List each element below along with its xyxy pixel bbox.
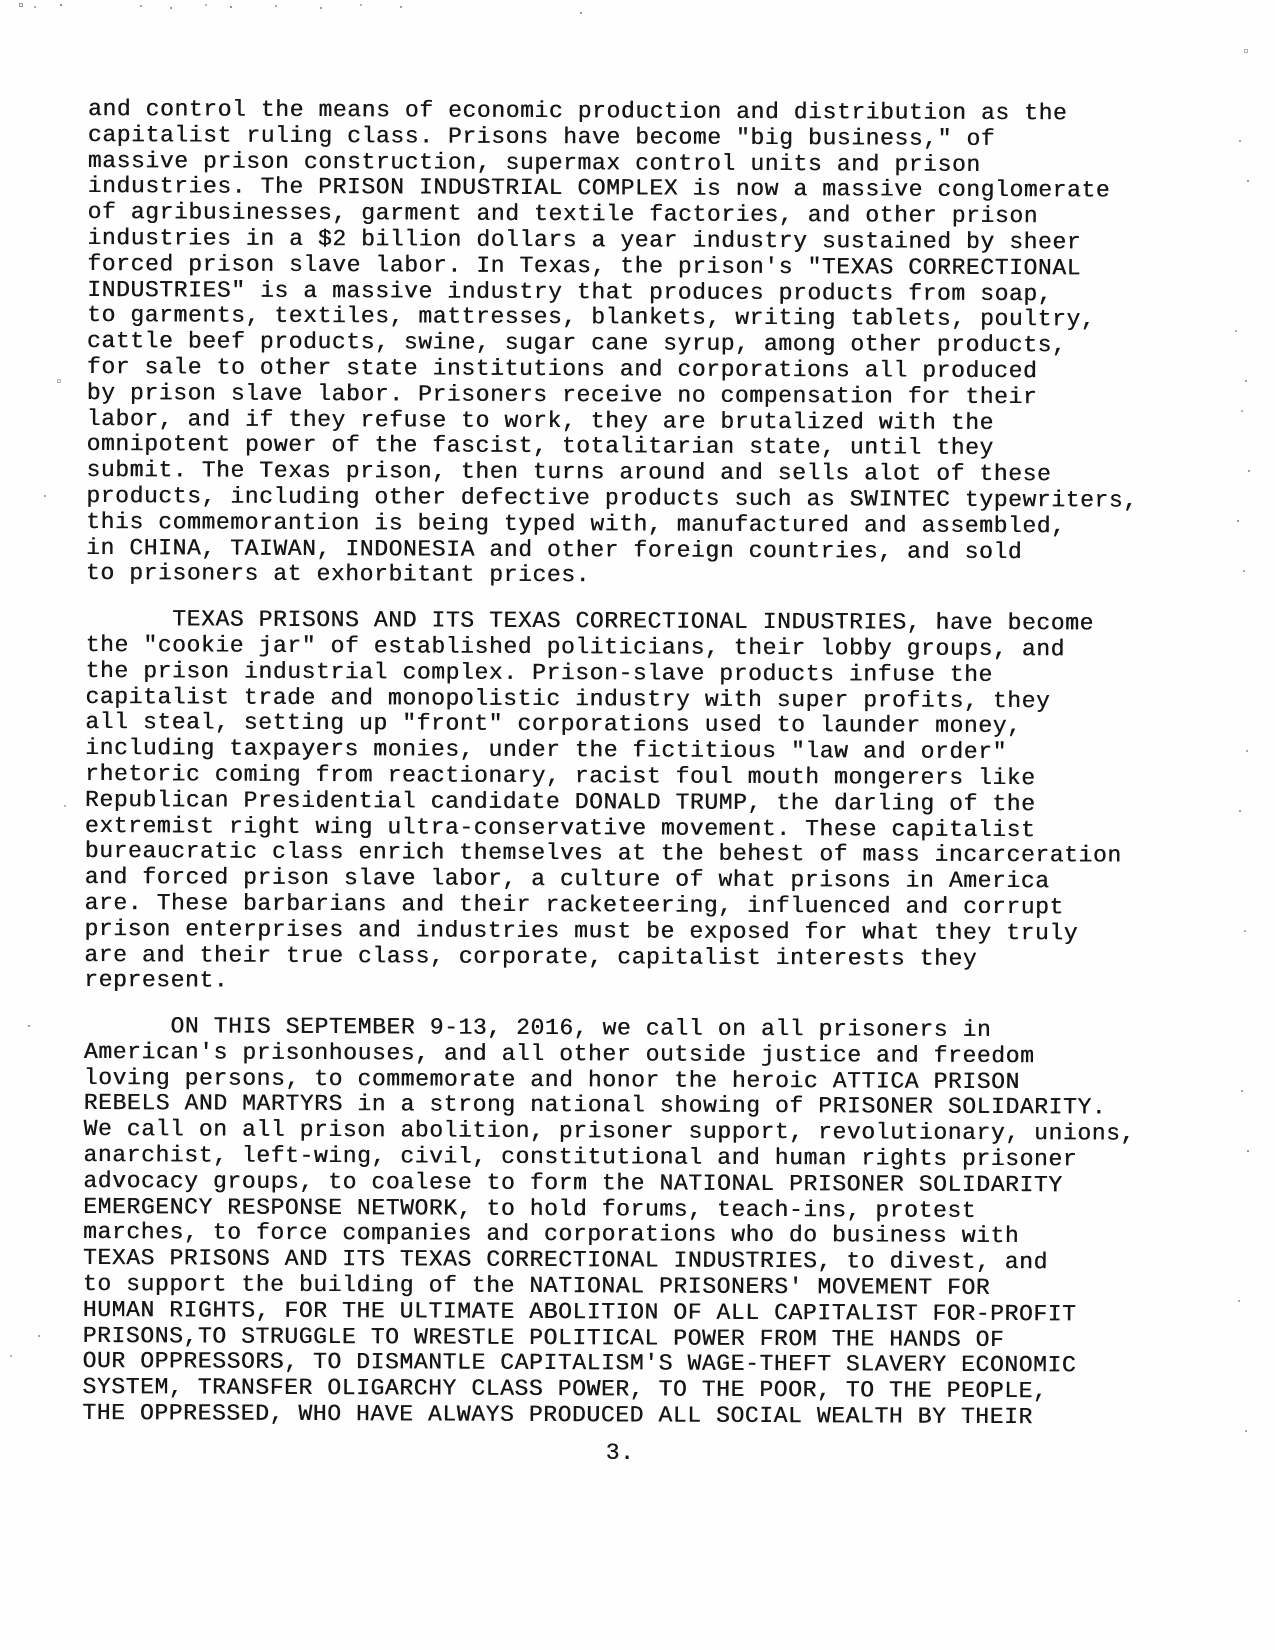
paragraph-3: ON THIS SEPTEMBER 9-13, 2016, we call on… [82,1014,1194,1432]
scan-noise-right-margin [1245,50,1247,52]
text-line: are and their true class, corporate, cap… [84,942,1194,973]
paragraph-2: TEXAS PRISONS AND ITS TEXAS CORRECTIONAL… [84,607,1196,999]
document-body: and control the means of economic produc… [82,97,1198,1432]
document-page: and control the means of economic produc… [0,0,1275,1650]
scan-noise-left-margin [58,380,60,382]
scan-noise-top [20,4,22,6]
paragraph-1: and control the means of economic produc… [86,97,1198,592]
text-line: THE OPPRESSED, WHO HAVE ALWAYS PRODUCED … [82,1401,1192,1432]
text-line: represent. [84,968,1194,999]
text-line: to prisoners at exhorbitant prices. [86,561,1196,592]
page-number: 3. [88,1440,1152,1466]
